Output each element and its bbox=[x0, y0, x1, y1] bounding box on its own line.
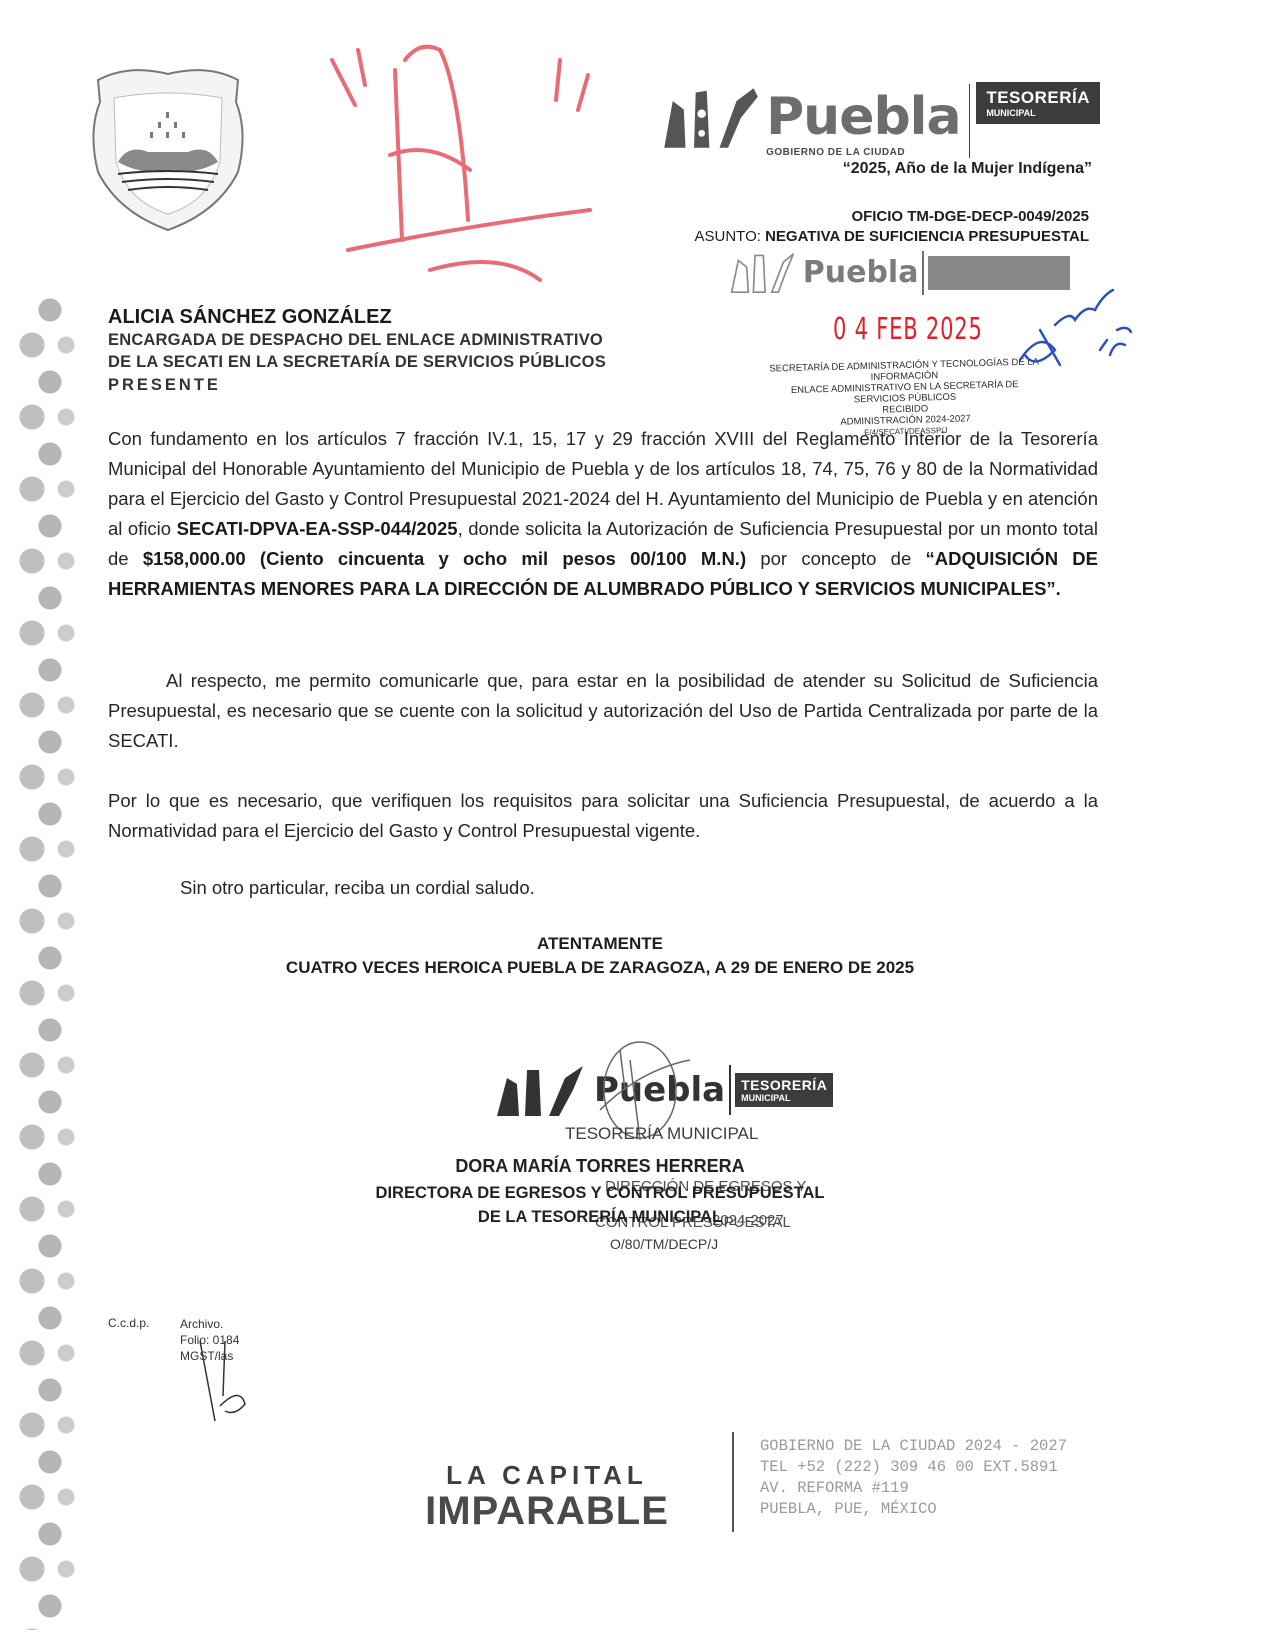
city-emblem-icon bbox=[660, 78, 762, 158]
addressee-name: ALICIA SÁNCHEZ GONZÁLEZ bbox=[108, 306, 392, 329]
handwritten-annotation-icon bbox=[320, 30, 620, 290]
body-paragraph: Por lo que es necesario, que verifiquen … bbox=[108, 786, 1098, 846]
initials-signature-icon bbox=[195, 1336, 255, 1426]
stamp-header: TESORERÍA MUNICIPAL bbox=[565, 1124, 758, 1144]
signer-title: DE LA TESORERÍA MUNICIPAL bbox=[0, 1208, 1200, 1227]
logo-subtitle: GOBIERNO DE LA CIUDAD bbox=[766, 147, 961, 158]
place-date: CUATRO VECES HEROICA PUEBLA DE ZARAGOZA,… bbox=[0, 958, 1200, 978]
footer-divider bbox=[732, 1432, 734, 1532]
body-paragraph: Con fundamento en los artículos 7 fracci… bbox=[108, 424, 1098, 604]
amount: $158,000.00 (Ciento cincuenta y ocho mil… bbox=[143, 548, 746, 569]
body-paragraph: Al respecto, me permito comunicarle que,… bbox=[108, 666, 1098, 756]
signer-title: DIRECTORA DE EGRESOS Y CONTROL PRESUPUES… bbox=[0, 1184, 1200, 1203]
stamp-code: O/80/TM/DECP/J bbox=[610, 1236, 718, 1252]
received-date-stamp: 0 4 FEB 2025 bbox=[833, 312, 983, 347]
signer-name: DORA MARÍA TORRES HERRERA bbox=[0, 1156, 1200, 1177]
subject-line: ASUNTO: NEGATIVA DE SUFICIENCIA PRESUPUE… bbox=[695, 228, 1090, 245]
municipal-shield-icon bbox=[88, 62, 248, 232]
footer-slogan-logo: LA CAPITAL IMPARABLE bbox=[397, 1460, 697, 1540]
logo-wordmark: Puebla bbox=[766, 87, 961, 147]
addressee-title: DE LA SECATI EN LA SECRETARÍA DE SERVICI… bbox=[108, 353, 606, 372]
city-emblem-icon bbox=[730, 248, 797, 298]
addressee-title: ENCARGADA DE DESPACHO DEL ENLACE ADMINIS… bbox=[108, 331, 603, 350]
atentamente: ATENTAMENTE bbox=[0, 934, 1200, 954]
oficio-number: OFICIO TM-DGE-DECP-0049/2025 bbox=[851, 208, 1089, 225]
footer-contact-info: GOBIERNO DE LA CIUDAD 2024 - 2027 TEL +5… bbox=[760, 1436, 1067, 1520]
tesoreria-badge: TESORERÍA MUNICIPAL bbox=[976, 82, 1100, 124]
puebla-tesoreria-logo: Puebla GOBIERNO DE LA CIUDAD TESORERÍA M… bbox=[660, 68, 1100, 158]
reference-oficio: SECATI-DPVA-EA-SSP-044/2025 bbox=[177, 518, 458, 539]
year-motto: “2025, Año de la Mujer Indígena” bbox=[843, 160, 1092, 178]
cc-label: C.c.d.p. bbox=[108, 1316, 149, 1330]
closing-greeting: Sin otro particular, reciba un cordial s… bbox=[180, 873, 980, 903]
city-emblem-icon bbox=[495, 1062, 590, 1118]
addressee-present: PRESENTE bbox=[108, 376, 221, 395]
handwritten-signature-icon bbox=[1015, 270, 1135, 380]
